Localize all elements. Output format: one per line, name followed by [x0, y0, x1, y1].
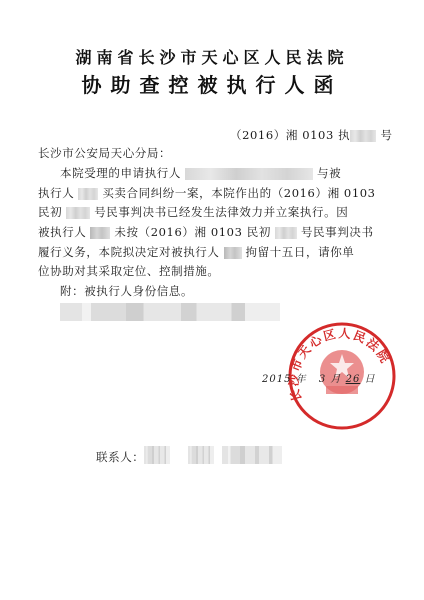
contact-line: 联系人： — [96, 450, 144, 464]
body-line-1: 本院受理的申请执行人与被 — [60, 166, 341, 180]
attachment-line: 附：被执行人身份信息。 — [60, 284, 193, 298]
redacted-contact-name — [144, 446, 170, 464]
redacted-respondent-3 — [224, 247, 242, 259]
redacted-respondent — [78, 188, 98, 200]
body-line-6: 位协助对其采取定位、控制措施。 — [38, 264, 220, 278]
redacted-attachment-content — [60, 303, 280, 321]
redacted-applicant — [185, 168, 313, 180]
redacted-judgment-number-2 — [275, 227, 297, 239]
redacted-contact-phone — [222, 446, 282, 464]
body-line-4: 被执行人未按（2016）湘 0103 民初号民事判决书 — [38, 225, 374, 239]
case-number-prefix: （2016）湘 0103 执 — [230, 128, 350, 142]
document-title: 协助查控被执行人函 — [0, 74, 424, 96]
redacted-respondent-2 — [90, 227, 110, 239]
court-name-heading: 湖南省长沙市天心区人民法院 — [0, 49, 424, 67]
case-number-suffix: 号 — [381, 128, 393, 142]
body-line-2: 执行人买卖合同纠纷一案，本院作出的（2016）湘 0103 — [38, 186, 376, 200]
body-line-5: 履行义务，本院拟决定对被执行人拘留十五日，请你单 — [38, 245, 354, 259]
redacted-contact-dept — [188, 446, 214, 464]
handwritten-date: 2015 年 3 月 26 日 — [262, 370, 376, 385]
case-number: （2016）湘 0103 执 号 — [230, 128, 393, 142]
redacted-judgment-number — [66, 207, 90, 219]
contact-label: 联系人： — [96, 450, 144, 464]
body-line-3: 民初号民事判决书已经发生法律效力并立案执行。因 — [38, 205, 348, 219]
recipient-line: 长沙市公安局天心分局： — [38, 146, 171, 160]
redacted-case-number — [350, 130, 376, 142]
